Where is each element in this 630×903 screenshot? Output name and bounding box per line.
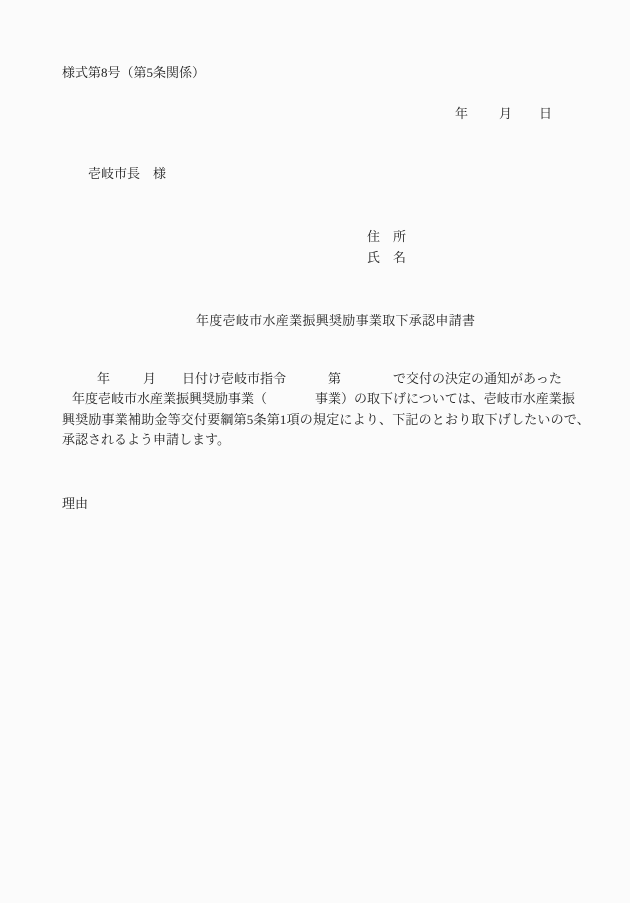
name-label: 氏 名 xyxy=(367,251,406,264)
body-line1-year-label: 年 xyxy=(97,372,110,385)
body-line1-rest: で交付の決定の通知があった xyxy=(393,372,562,385)
date-day-label: 日 xyxy=(539,107,552,120)
document-title: 年度壱岐市水産業振興奨励事業取下承認申請書 xyxy=(196,314,475,327)
reason-label: 理由 xyxy=(62,497,88,510)
date-year-label: 年 xyxy=(455,107,468,120)
body-line1-month-label: 月 xyxy=(143,372,156,385)
address-label: 住 所 xyxy=(367,230,406,243)
body-line2-part2: 事業）の取下げについては、壱岐市水産業振 xyxy=(315,392,575,405)
body-line1-date-suffix: 日付け壱岐市指令 xyxy=(182,372,286,385)
addressee-line: 壱岐市長 様 xyxy=(88,167,166,180)
body-line4: 承認されるよう申請します。 xyxy=(62,433,230,446)
date-month-label: 月 xyxy=(499,107,512,120)
form-number: 様式第8号（第5条関係） xyxy=(62,66,205,79)
document-page: 様式第8号（第5条関係） 年 月 日 壱岐市長 様 住 所 氏 名 年度壱岐市水… xyxy=(0,0,630,903)
body-line2-part1: 年度壱岐市水産業振興奨励事業（ xyxy=(72,392,267,405)
body-line1-dai-label: 第 xyxy=(328,372,341,385)
body-line3: 興奨励事業補助金等交付要綱第5条第1項の規定により、下記のとおり取下げしたいので… xyxy=(62,413,590,426)
